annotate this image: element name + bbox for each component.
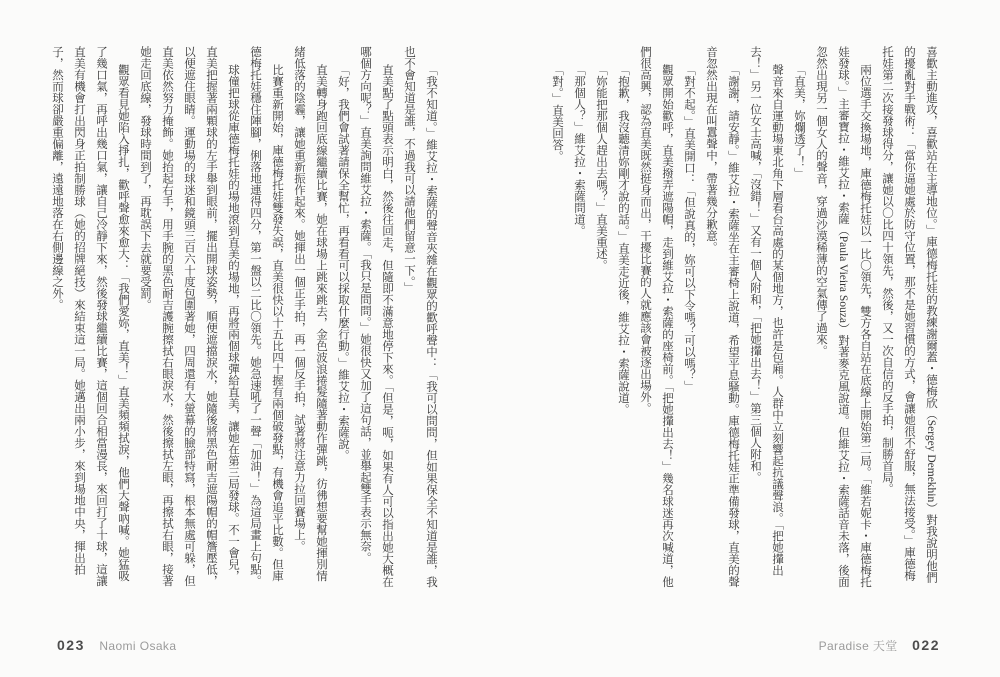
paragraph: 「我不知道。」維艾拉・索薩的聲音夾雜在觀眾的歡呼聲中：「我可以問問，但如果保全不… [398,46,442,591]
page-right-text-block: 喜歡主動進攻，喜歡站在主導地位。」庫德梅托娃的教練謝爾蓋・德梅欣（Sergey … [542,46,942,591]
paragraph: 比賽重新開始，庫德梅托娃雙發失誤，直美很快以十五比四十握有兩個破發點，有機會追平… [244,46,288,591]
paragraph: 直美轉身跑回底線繼續比賽，她在球場上跳來跳去，金色波浪捲髮隨著動作彈跳，彷彿想要… [288,46,332,591]
page-number-left: 023 [57,637,85,653]
paragraph: 「直美，妳爛透了！」 [788,46,810,591]
paragraph: 「對不起。」直美開口：「但說真的，妳可以下令嗎？可以嗎？」 [678,46,700,591]
paragraph: 聲音來自運動場東北角下層看台高處的某個地方，也許是包廂。人群中立刻響起抗議聲浪。… [744,46,788,591]
paragraph: 直美點了點頭表示明白，然後往回走，但隨即不滿意地停下來。「但是，呃，如果有人可以… [354,46,398,591]
page-left-footer: 023 Naomi Osaka [57,637,176,655]
book-spread: 喜歡主動進攻，喜歡站在主導地位。」庫德梅托娃的教練謝爾蓋・德梅欣（Sergey … [0,0,1000,677]
paragraph: 觀眾開始歡呼，直美撥弄遮陽帽，走到維艾拉・索薩的座椅前。「把她攆出去！」幾名球迷… [634,46,678,591]
paragraph: 兩位選手交換場地，庫德梅托娃以一比〇領先，雙方各自站在底線上開始第二局。「維若妮… [810,46,876,591]
paragraph: 喜歡主動進攻，喜歡站在主導地位。」庫德梅托娃的教練謝爾蓋・德梅欣（Sergey … [876,46,942,591]
page-right-footer: Paradise 天堂 022 [819,637,940,655]
running-header-right: Paradise 天堂 [819,639,898,653]
paragraph: 「抱歉，我沒聽清妳剛才說的話。」直美走近後，維艾拉・索薩說道。 [612,46,634,591]
paragraph: 「妳能把那個人趕出去嗎？」直美重述。 [590,46,612,591]
page-number-right: 022 [912,637,940,653]
paragraph: 球僮把球從庫德梅托娃的場地滾到直美的場地，再將兩個球彈給直美，讓她在第三局發球。… [134,46,244,591]
paragraph: 「對。」直美回答。 [546,46,568,591]
paragraph: 「謝謝，請安靜。」維艾拉・索薩坐在主審椅上說道，希望平息騷動。庫德梅托娃正準備發… [700,46,744,591]
page-left-text-block: 「我不知道。」維艾拉・索薩的聲音夾雜在觀眾的歡呼聲中：「我可以問問，但如果保全不… [48,46,442,591]
running-header-left: Naomi Osaka [99,639,176,653]
paragraph: 「好，我們會試著請保全幫忙，再看看可以採取什麼行動。」維艾拉・索薩說。 [332,46,354,591]
paragraph: 「那個人？」維艾拉・索薩問道。 [568,46,590,591]
paragraph: 觀眾看見她陷入掙扎，歡呼聲愈來愈大：「我們愛妳，直美！」直美頻頻拭淚，他們大聲吶… [46,46,134,591]
